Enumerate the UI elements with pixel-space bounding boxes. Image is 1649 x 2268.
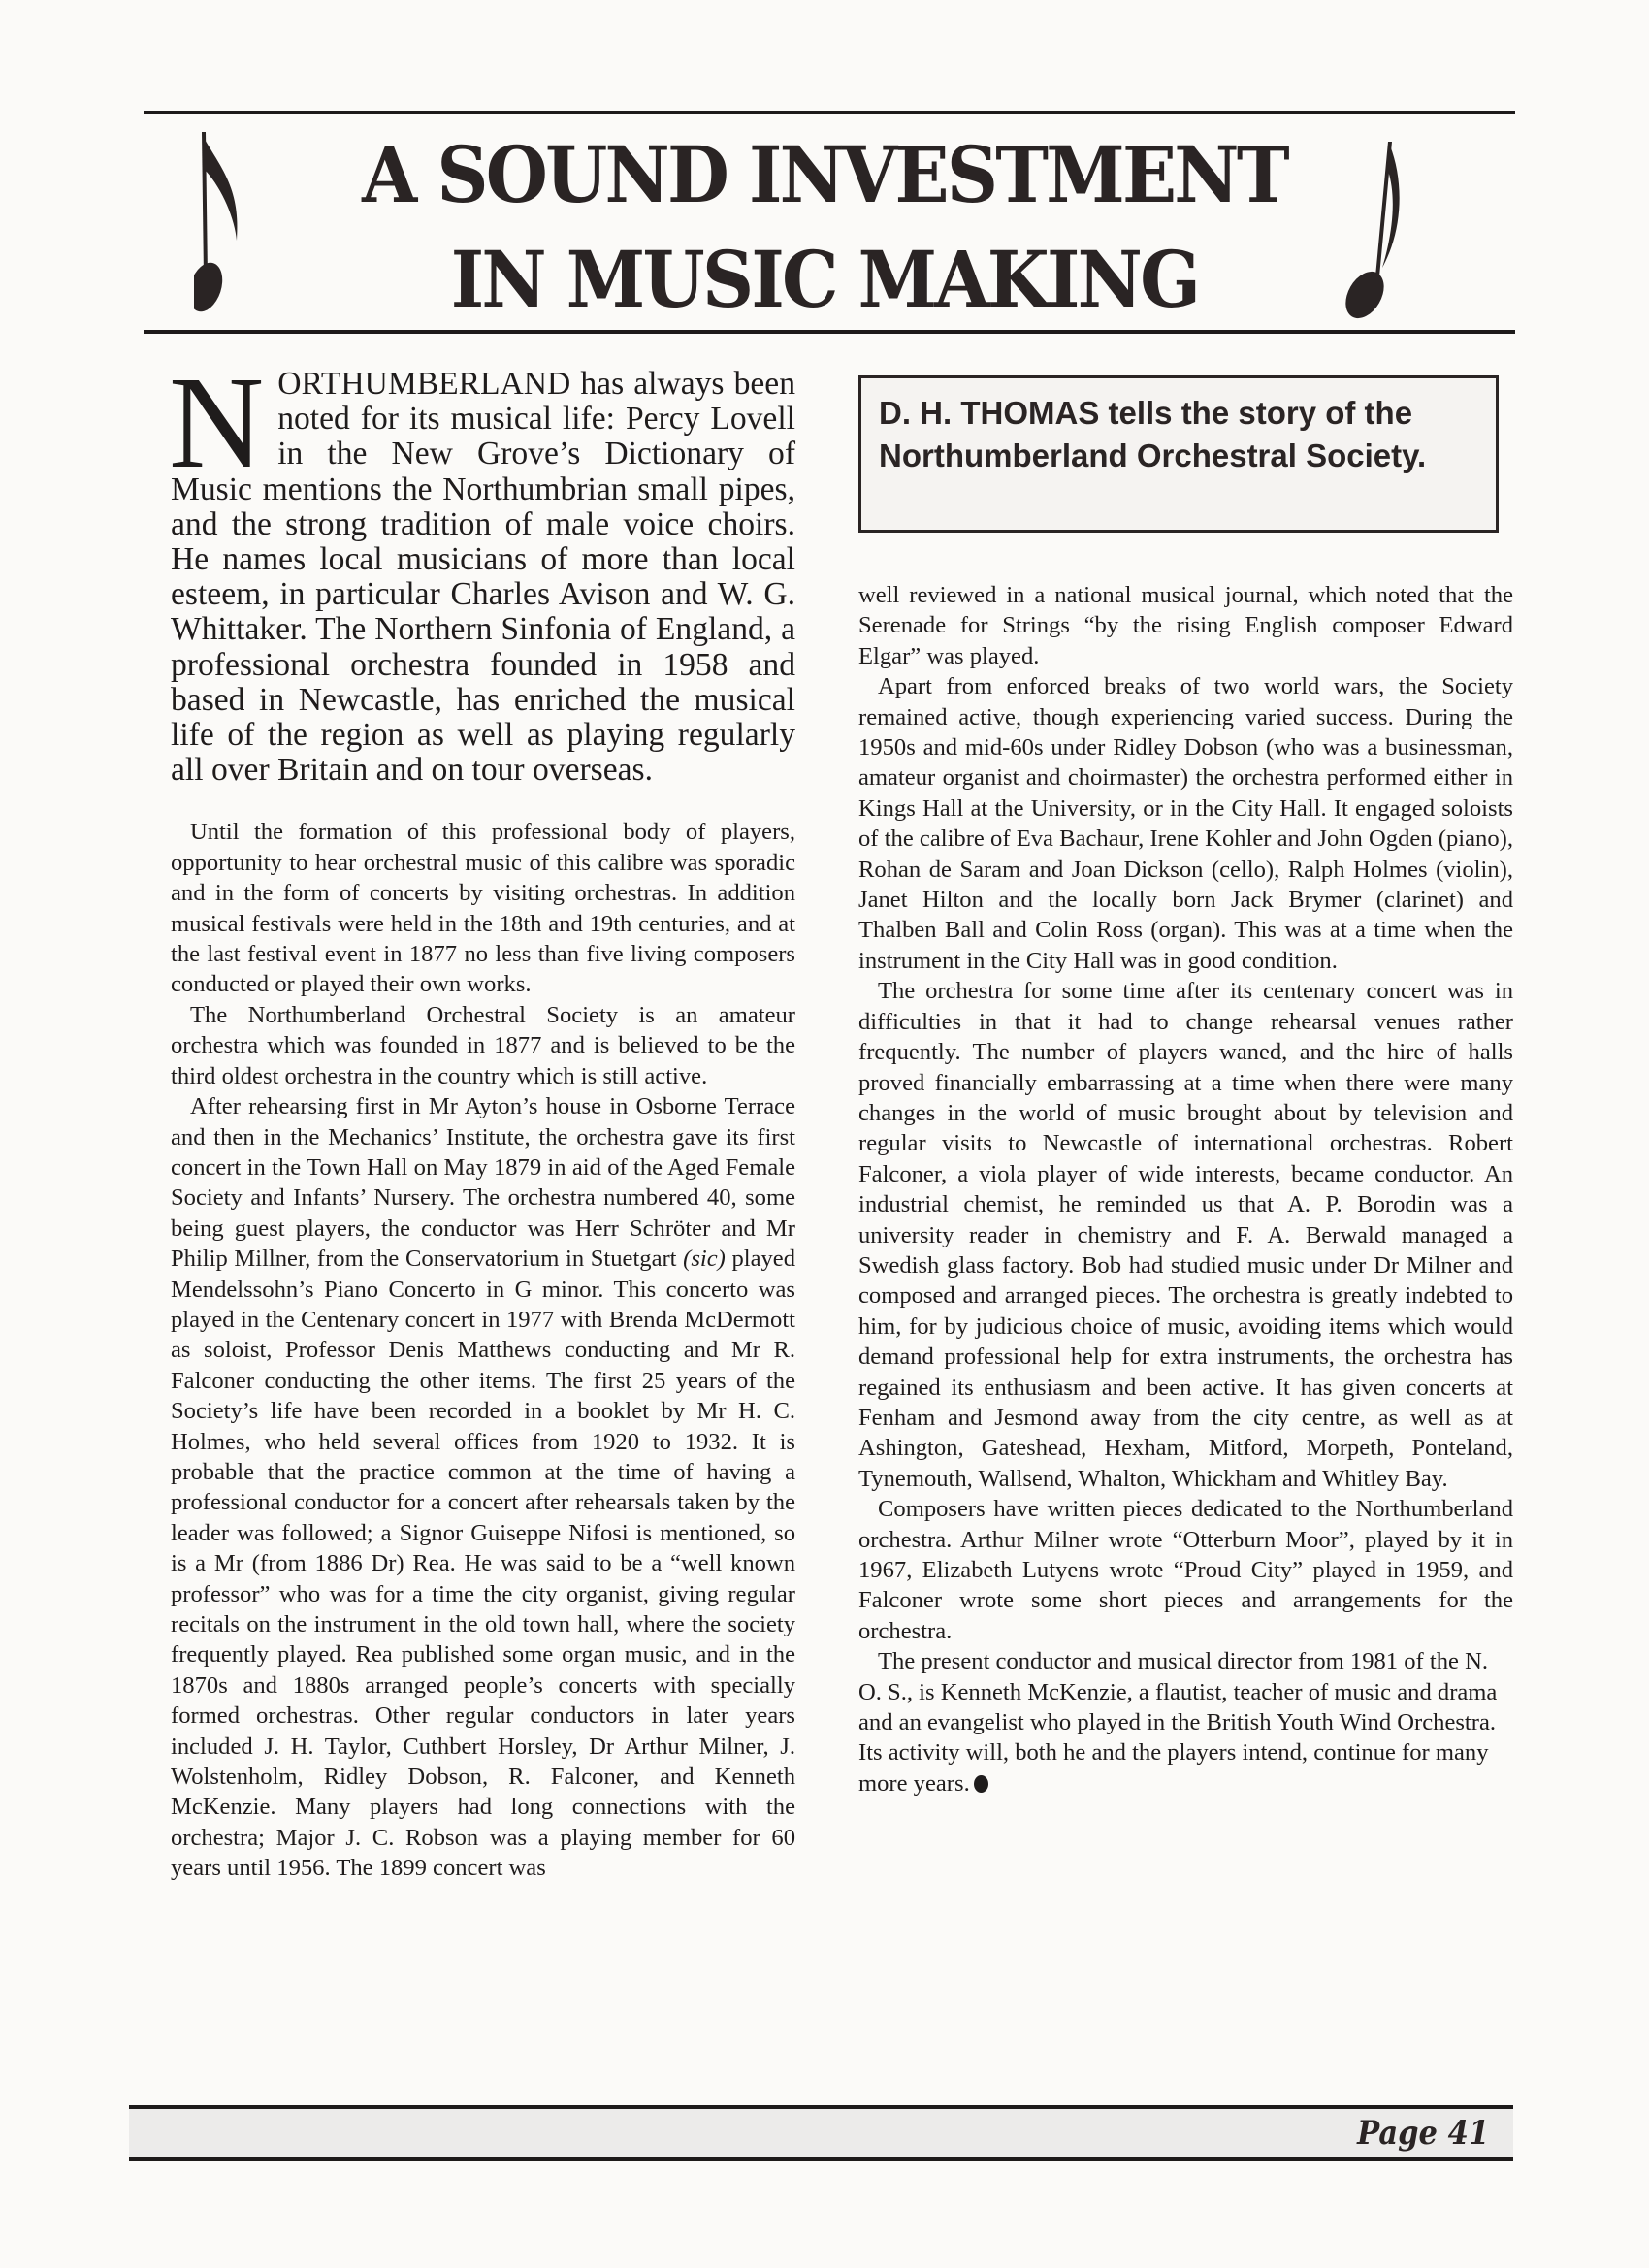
sic-annotation: (sic) <box>683 1246 726 1272</box>
standfirst-text: D. H. THOMAS tells the story of the Nort… <box>879 395 1426 473</box>
footer-bottom-rule <box>129 2157 1513 2161</box>
lead-paragraph: NORTHUMBERLAND has always been noted for… <box>171 367 795 788</box>
drop-cap: N <box>169 371 264 475</box>
body-paragraph: The Northumberland Orchestral Society is… <box>171 1000 795 1091</box>
paragraph-text: The present conductor and musical direct… <box>858 1648 1497 1797</box>
article-column-left: NORTHUMBERLAND has always been noted for… <box>171 367 795 1884</box>
body-paragraph: Apart from enforced breaks of two world … <box>858 671 1513 976</box>
body-paragraph: The present conductor and musical direct… <box>858 1646 1513 1798</box>
footer-top-rule <box>129 2105 1513 2109</box>
eighth-note-icon <box>1343 142 1402 326</box>
body-paragraph: The orchestra for some time after its ce… <box>858 976 1513 1494</box>
body-paragraph: Until the formation of this professional… <box>171 817 795 999</box>
title-bottom-rule <box>144 330 1515 334</box>
body-paragraph: well reviewed in a national musical jour… <box>858 580 1513 671</box>
page-number: Page 41 <box>1357 2111 1489 2155</box>
body-paragraph: Composers have written pieces dedicated … <box>858 1494 1513 1646</box>
paragraph-text: played Mendelssohn’s Piano Concerto in G… <box>171 1246 795 1881</box>
eighth-note-icon <box>194 132 252 316</box>
article-column-right: well reviewed in a national musical jour… <box>858 580 1513 1798</box>
lead-text: ORTHUMBERLAND has always been noted for … <box>171 366 795 788</box>
standfirst-box: D. H. THOMAS tells the story of the Nort… <box>858 375 1499 533</box>
title-line-2: IN MUSIC MAKING <box>272 227 1378 332</box>
title-line-1: A SOUND INVESTMENT <box>272 122 1378 227</box>
title-top-rule <box>144 111 1515 114</box>
end-bullet-icon <box>974 1775 988 1793</box>
footer-band <box>129 2105 1513 2161</box>
article-title: A SOUND INVESTMENT IN MUSIC MAKING <box>272 122 1378 332</box>
body-paragraph: After rehearsing first in Mr Ayton’s hou… <box>171 1091 795 1884</box>
